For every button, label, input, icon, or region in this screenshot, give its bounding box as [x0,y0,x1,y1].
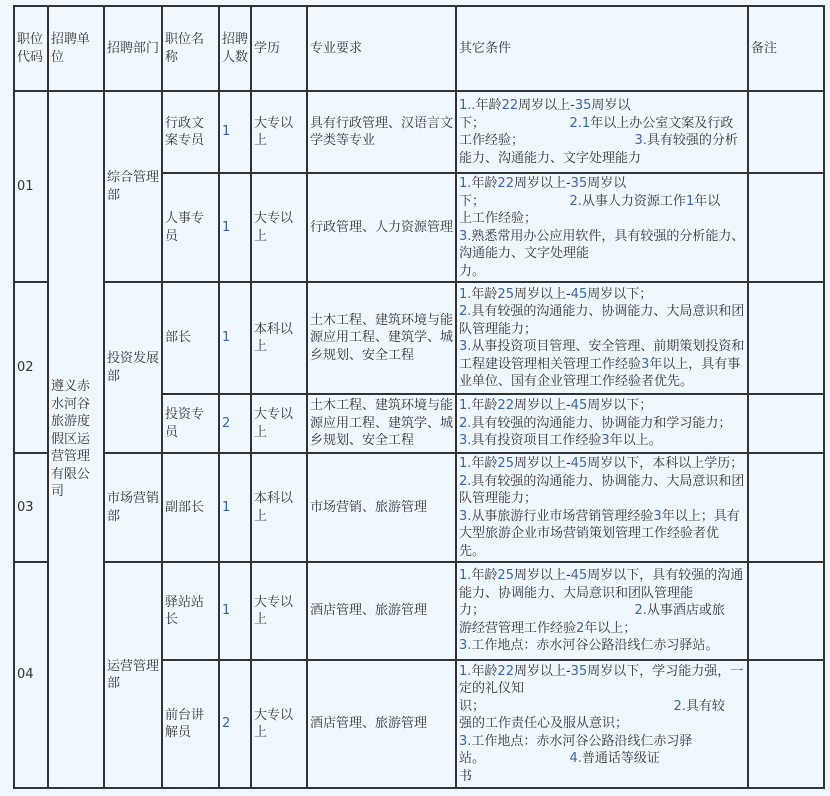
cell-other: 1.年龄22周岁以上-35周岁以 下； 2.从事人力资源工作1年以 上工作经验；… [456,173,748,282]
cell-edu: 大专以上 [251,660,307,788]
number-text: 45 [571,456,588,471]
number-text: 25 [497,287,514,302]
cell-edu: 大专以上 [251,394,307,453]
number-text: 2. [459,304,471,319]
cell-edu: 本科以上 [251,453,307,562]
number-text: 2. [674,699,686,714]
table-body: 01遵义赤水河谷旅游度假区运营管理有限公司综合管理部行政文案专员1大专以上具有行… [14,91,824,788]
number-text: 22 [497,664,514,679]
cell-remark [748,91,824,173]
number-text: 1. [459,568,471,583]
cell-title: 驿站站长 [162,562,219,660]
cell-count: 1 [219,453,251,562]
cell-code: 03 [14,453,48,562]
number-text: 22 [497,398,514,413]
number-text: 4. [570,751,582,766]
number-text: 1 [222,330,230,345]
table-row: 02投资发展部部长1本科以上土木工程、建筑环境与能源应用工程、建筑学、城乡规划、… [14,282,824,394]
number-text: 1. [459,176,471,191]
cell-major: 市场营销、旅游管理 [307,453,456,562]
column-header-unit: 招聘单位 [48,6,104,91]
cell-count: 1 [219,91,251,173]
number-text: 45 [571,568,588,583]
number-text: 3. [459,339,471,354]
column-header-dept: 招聘部门 [104,6,162,91]
cell-remark [748,453,824,562]
cell-major: 行政管理、人力资源管理 [307,173,456,282]
number-text: 45 [571,398,588,413]
cell-title: 行政文案专员 [162,91,219,173]
column-header-count: 招聘人数 [219,6,251,91]
number-text: 1. [459,456,471,471]
number-text: 35 [571,664,588,679]
number-text: 35 [575,98,592,113]
cell-dept: 市场营销部 [104,453,162,562]
number-text: 3. [635,133,647,148]
recruitment-page: 职位代码招聘单位招聘部门职位名称招聘人数学历专业要求其它条件备注 01遵义赤水河… [0,0,830,796]
column-header-major: 专业要求 [307,6,456,91]
cell-dept: 运营管理部 [104,562,162,788]
cell-other: 1..年龄22周岁以上-35周岁以 下； 2.1年以上办公室文案及行政 工作经验… [456,91,748,173]
number-text: 3 [641,357,649,372]
cell-count: 1 [219,282,251,394]
number-text: 1 [222,124,230,139]
number-text: 1.. [459,98,476,113]
number-text: 2. [459,416,471,431]
cell-title: 副部长 [162,453,219,562]
column-header-title: 职位名称 [162,6,219,91]
number-text: 2 [222,416,230,431]
cell-code: 04 [14,562,48,788]
cell-remark [748,394,824,453]
cell-title: 前台讲解员 [162,660,219,788]
recruitment-table: 职位代码招聘单位招聘部门职位名称招聘人数学历专业要求其它条件备注 01遵义赤水河… [13,5,825,789]
number-text: 22 [497,176,514,191]
table-row: 01遵义赤水河谷旅游度假区运营管理有限公司综合管理部行政文案专员1大专以上具有行… [14,91,824,173]
number-text: 1 [686,194,694,209]
number-text: 25 [497,568,514,583]
number-text: 3. [459,229,471,244]
number-text: 2 [576,621,584,636]
cell-title: 部长 [162,282,219,394]
number-text: 1. [459,287,471,302]
cell-major: 土木工程、建筑环境与能源应用工程、建筑学、城乡规划、安全工程 [307,282,456,394]
number-text: 3. [459,734,471,749]
cell-title: 投资专员 [162,394,219,453]
cell-code: 01 [14,91,48,282]
number-text: 2. [635,603,647,618]
number-text: 3. [459,509,471,524]
cell-edu: 大专以上 [251,562,307,660]
number-text: 1 [222,220,230,235]
cell-count: 2 [219,394,251,453]
number-text: 45 [571,287,588,302]
cell-remark [748,173,824,282]
cell-edu: 大专以上 [251,173,307,282]
number-text: 2.1 [570,116,591,131]
cell-count: 1 [219,173,251,282]
number-text: 22 [502,98,519,113]
number-text: 2. [570,194,582,209]
column-header-other: 其它条件 [456,6,748,91]
number-text: 3. [459,433,471,448]
cell-remark [748,282,824,394]
number-text: 1. [459,664,471,679]
cell-title: 人事专员 [162,173,219,282]
cell-dept: 投资发展部 [104,282,162,453]
number-text: 35 [571,176,588,191]
cell-other: 1.年龄22周岁以上-35周岁以下，学习能力强，一 定的礼仪知 识； 2.具有较… [456,660,748,788]
column-header-edu: 学历 [251,6,307,91]
cell-major: 具有行政管理、汉语言文学类等专业 [307,91,456,173]
column-header-code: 职位代码 [14,6,48,91]
cell-dept: 综合管理部 [104,91,162,282]
number-text: 2 [222,716,230,731]
number-text: 1 [222,500,230,515]
cell-remark [748,660,824,788]
column-header-remark: 备注 [748,6,824,91]
cell-count: 1 [219,562,251,660]
number-text: 1 [222,603,230,618]
number-text: 3 [653,509,661,524]
number-text: 3. [459,638,471,653]
cell-other: 1.年龄25周岁以上-45周岁以下，本科以上学历； 2.具有较强的沟通能力、协调… [456,453,748,562]
cell-count: 2 [219,660,251,788]
cell-edu: 大专以上 [251,91,307,173]
table-header: 职位代码招聘单位招聘部门职位名称招聘人数学历专业要求其它条件备注 [14,6,824,91]
cell-edu: 本科以上 [251,282,307,394]
number-text: 1. [459,398,471,413]
header-row: 职位代码招聘单位招聘部门职位名称招聘人数学历专业要求其它条件备注 [14,6,824,91]
cell-remark [748,562,824,660]
cell-major: 土木工程、建筑环境与能源应用工程、建筑学、城乡规划、安全工程 [307,394,456,453]
number-text: 25 [497,456,514,471]
number-text: 2. [459,474,471,489]
cell-other: 1.年龄25周岁以上-45周岁以下； 2.具有较强的沟通能力、协调能力、大局意识… [456,282,748,394]
cell-unit: 遵义赤水河谷旅游度假区运营管理有限公司 [48,91,104,788]
cell-other: 1.年龄25周岁以上-45周岁以下，具有较强的沟通 能力、协调能力、大局意识和团… [456,562,748,660]
cell-major: 酒店管理、旅游管理 [307,660,456,788]
cell-major: 酒店管理、旅游管理 [307,562,456,660]
number-text: 3 [601,433,609,448]
cell-other: 1.年龄22周岁以上-45周岁以下； 2.具有较强的沟通能力、协调能力和学习能力… [456,394,748,453]
table-row: 04运营管理部驿站站长1大专以上酒店管理、旅游管理1.年龄25周岁以上-45周岁… [14,562,824,660]
table-row: 03市场营销部副部长1本科以上市场营销、旅游管理1.年龄25周岁以上-45周岁以… [14,453,824,562]
cell-code: 02 [14,282,48,453]
